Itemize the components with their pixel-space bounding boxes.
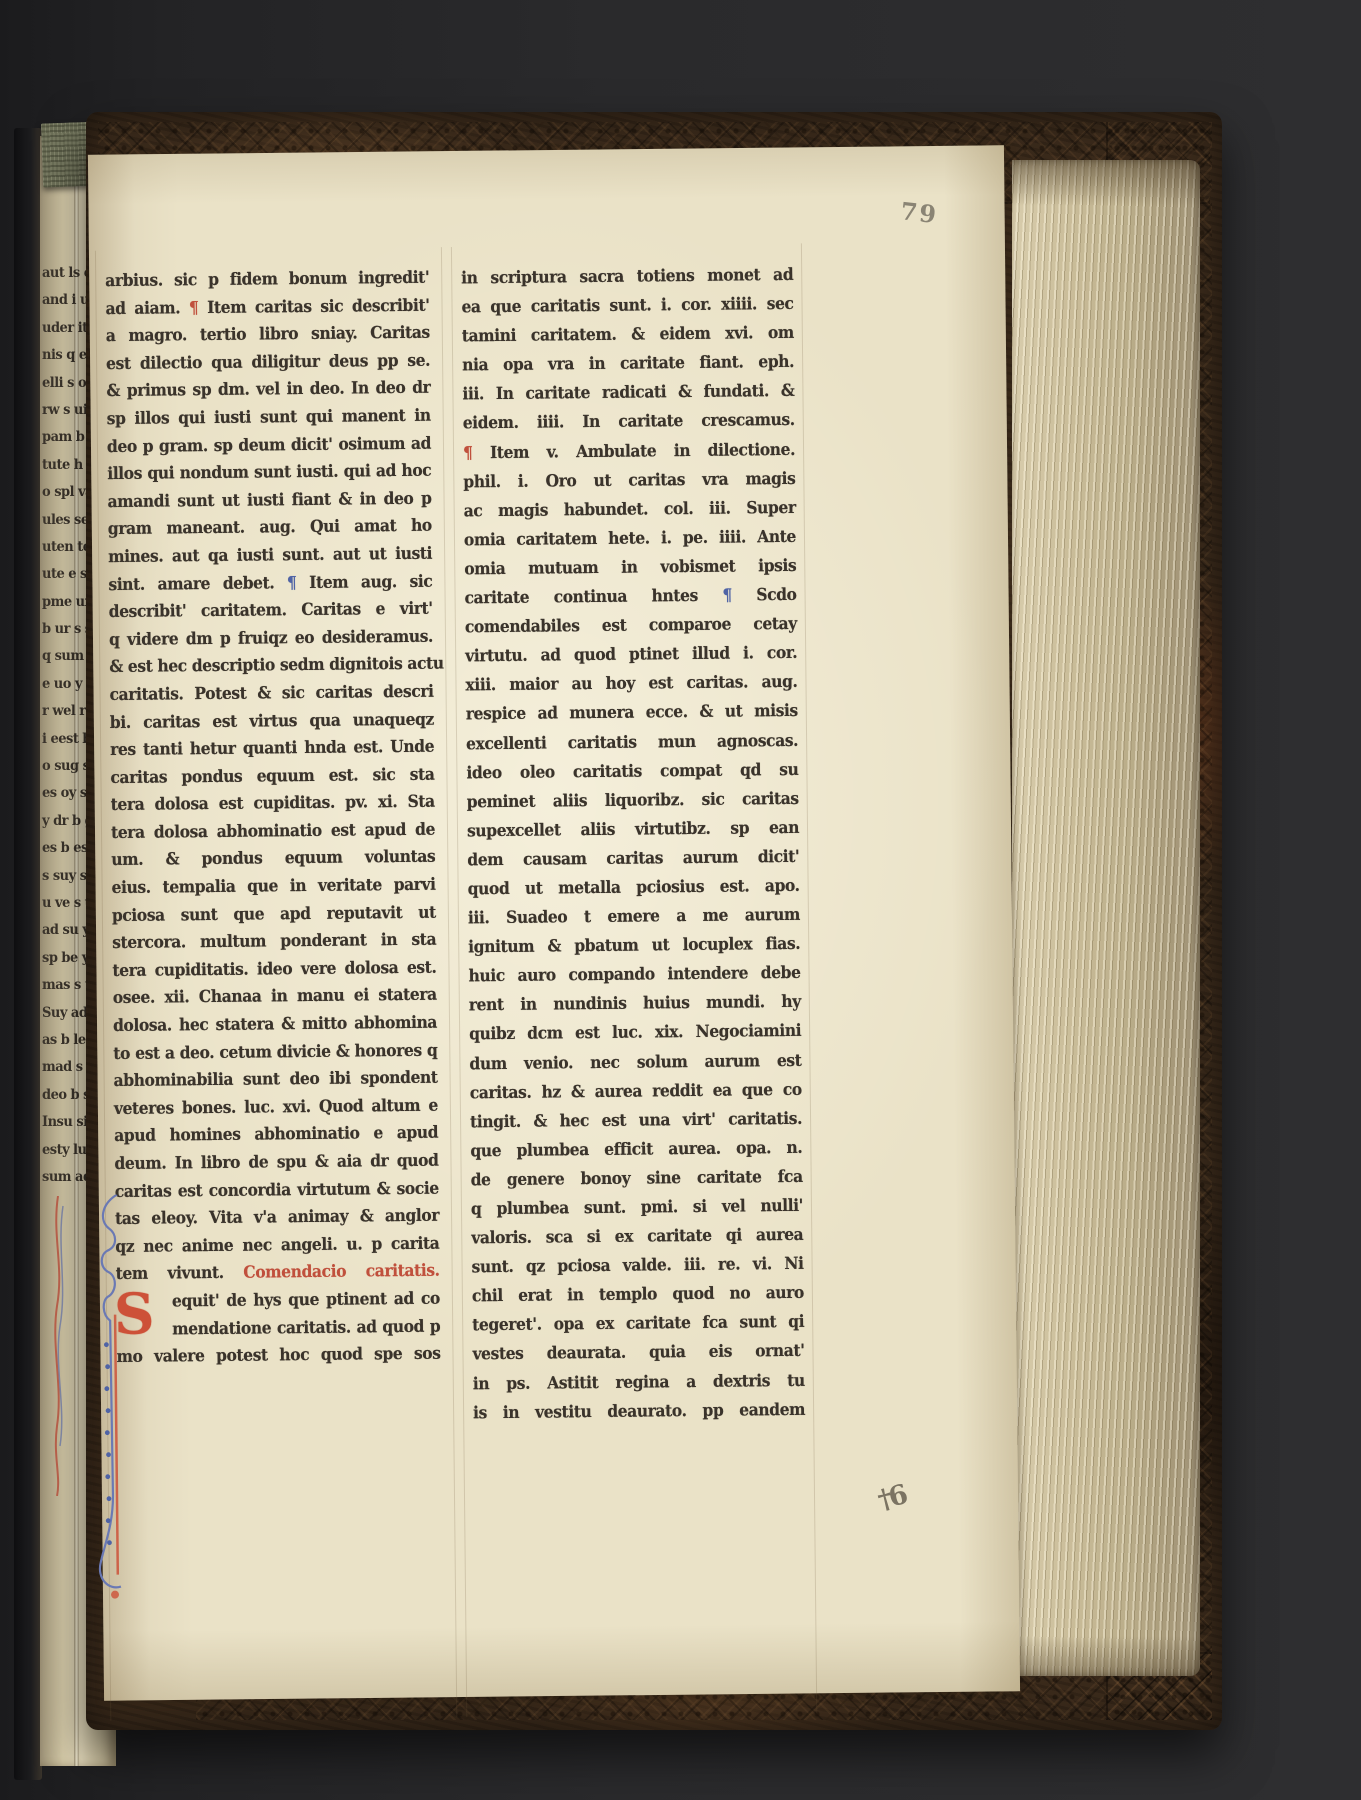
body-text: phil. i. Oro ut caritas vra magis bbox=[463, 467, 795, 491]
body-text: abhominabilia sunt deo ibi spondent bbox=[114, 1067, 438, 1091]
text-column-left: arbius. sic p fidem bonum ingredit'ad ai… bbox=[105, 263, 441, 1370]
body-text: mendatione caritatis. ad quod p bbox=[172, 1315, 440, 1338]
body-text: chil erat in templo quod no auro bbox=[472, 1282, 804, 1306]
body-text: ad aiam. bbox=[105, 297, 189, 318]
body-text: que plumbea efficit aurea. opa. n. bbox=[470, 1136, 802, 1160]
ruling-line bbox=[441, 247, 457, 1717]
body-text: tera cupiditatis. ideo vere dolosa est. bbox=[112, 956, 436, 980]
body-text: iii. In caritate radicati & fundati. & bbox=[462, 380, 794, 404]
body-text: deo p gram. sp deum dicit' osimum ad bbox=[107, 432, 431, 456]
body-text: caritas est concordia virtutum & socie bbox=[115, 1177, 439, 1201]
body-text: tamini caritatem. & eidem xvi. om bbox=[462, 322, 794, 346]
shelfmark-inscription: †6 bbox=[875, 1480, 909, 1517]
body-text: iii. Suadeo t emere a me aurum bbox=[468, 904, 800, 928]
body-text: supexcellet aliis virtutibz. sp ean bbox=[467, 816, 799, 840]
body-text: deum. In libro de spu & aia dr quod bbox=[114, 1149, 438, 1173]
body-text: rent in nundinis huius mundi. hy bbox=[469, 991, 801, 1015]
body-text: res tanti hetur quanti hnda est. Unde bbox=[110, 736, 434, 760]
penwork-flourish-fragment bbox=[48, 1196, 70, 1496]
body-text: illos qui nondum sunt iusti. qui ad hoc bbox=[107, 460, 431, 484]
body-text: est dilectio qua diligitur deus pp se. bbox=[106, 349, 430, 373]
body-text: tas eleoy. Vita v'a animay & anglor bbox=[115, 1205, 439, 1229]
body-text: tera dolosa est cupiditas. pv. xi. Sta bbox=[111, 791, 435, 815]
body-text: qz nec anime nec angeli. u. p carita bbox=[115, 1232, 439, 1256]
body-text: ignitum & pbatum ut locuplex fias. bbox=[468, 933, 800, 957]
body-text: valoris. sca si ex caritate qi aurea bbox=[471, 1224, 803, 1248]
body-text: caritas. hz & aurea reddit ea que co bbox=[470, 1078, 802, 1102]
body-text: dum venio. nec solum aurum est bbox=[469, 1049, 801, 1073]
body-text: dem causam caritas aurum dicit' bbox=[467, 846, 799, 870]
body-text: eidem. iiii. In caritate crescamus. bbox=[463, 409, 795, 433]
body-text: in ps. Astitit regina a dextris tu bbox=[473, 1369, 805, 1393]
body-text: virtutu. ad quod ptinet illud i. cor. bbox=[465, 642, 797, 666]
photo-spine-shadow bbox=[14, 128, 42, 1780]
body-text: huic auro compando intendere debe bbox=[468, 962, 800, 986]
body-text: tera dolosa abhominatio est apud de bbox=[111, 818, 435, 842]
body-text: arbius. sic p fidem bonum ingredit' bbox=[105, 266, 429, 290]
text-column-right: in scriptura sacra totiens monet adea qu… bbox=[461, 259, 805, 1426]
body-text: sunt. qz pciosa valde. iii. re. vi. Ni bbox=[471, 1253, 803, 1277]
pilcrow-mark: ¶ bbox=[287, 571, 297, 592]
body-text: peminet aliis liquoribz. sic caritas bbox=[467, 787, 799, 811]
body-text: equit' de hys que ptinent ad co bbox=[172, 1287, 440, 1310]
manuscript-photo: aut ls oand i uvuder it ellenis q estell… bbox=[0, 0, 1361, 1800]
rubric-text: Comendacio caritatis. bbox=[243, 1260, 440, 1283]
body-text: dolosa. hec statera & mitto abhomina bbox=[113, 1011, 437, 1035]
body-text: omia caritatem hete. i. pe. iiii. Ante bbox=[464, 526, 796, 550]
body-text: ea que caritatis sunt. i. cor. xiiii. se… bbox=[461, 293, 793, 317]
body-text: Scdo bbox=[732, 584, 797, 605]
body-text: in scriptura sacra totiens monet ad bbox=[461, 264, 793, 288]
ruling-line bbox=[801, 243, 817, 1713]
body-text: Item aug. sic bbox=[296, 570, 432, 592]
body-text: mines. aut qa iusti sunt. aut ut iusti bbox=[108, 542, 432, 566]
body-text: excellenti caritatis mun agnoscas. bbox=[466, 729, 798, 753]
body-text: xiii. maior au hoy est caritas. aug. bbox=[465, 671, 797, 695]
body-text: ac magis habundet. col. iii. Super bbox=[464, 496, 796, 520]
body-text: tingit. & hec est una virt' caritatis. bbox=[470, 1107, 802, 1131]
body-text: sp illos qui iusti sunt qui manent in bbox=[107, 404, 431, 428]
body-text: ideo oleo caritatis compat qd su bbox=[466, 758, 798, 782]
body-text: respice ad munera ecce. & ut misis bbox=[466, 700, 798, 724]
body-text: to est a deo. cetum divicie & honores q bbox=[113, 1039, 437, 1063]
body-text: Item caritas sic describit' bbox=[198, 294, 429, 317]
body-text: um. & pondus equum voluntas bbox=[111, 846, 435, 870]
body-text: sint. amare debet. bbox=[108, 572, 287, 594]
manuscript-line: is in vestitu deaurato. pp eandem bbox=[473, 1393, 805, 1428]
body-text: apud homines abhominatio e apud bbox=[114, 1122, 438, 1146]
body-text: veteres bones. luc. xvi. Quod altum e bbox=[114, 1094, 438, 1118]
body-text: stercora. multum ponderant in sta bbox=[112, 929, 436, 953]
rubric-text: ¶ bbox=[189, 297, 199, 318]
body-text: Item v. Ambulate in dilectione. bbox=[472, 438, 795, 462]
body-text: amandi sunt ut iusti fiant & in deo p bbox=[107, 487, 431, 511]
body-text: omia mutuam in vobismet ipsis bbox=[464, 555, 796, 579]
body-text: & est hec descriptio sedm dignitois actu bbox=[109, 653, 444, 677]
body-text: quibz dcm est luc. xix. Negociamini bbox=[469, 1020, 801, 1044]
penwork-flourish bbox=[91, 1194, 135, 1614]
body-text: q plumbea sunt. pmi. si vel nulli' bbox=[471, 1195, 803, 1219]
body-text: vestes deaurata. quia eis ornat' bbox=[472, 1340, 804, 1364]
body-text: caritas pondus equum est. sic sta bbox=[110, 763, 434, 787]
body-text: comendabiles est comparoe cetay bbox=[465, 613, 797, 637]
body-text: tegeret'. opa ex caritate fca sunt qi bbox=[472, 1311, 804, 1335]
body-text: a magro. tertio libro sniay. Caritas bbox=[106, 322, 430, 346]
body-text: caritatis. Potest & sic caritas descri bbox=[109, 680, 433, 704]
body-text: q videre dm p fruiqz eo desideramus. bbox=[109, 625, 433, 649]
body-text: describit' caritatem. Caritas e virt' bbox=[109, 598, 433, 622]
page-edges-stack bbox=[1012, 160, 1200, 1676]
body-text: caritate continua hntes bbox=[464, 584, 722, 607]
body-text: bi. caritas est virtus qua unaqueqz bbox=[110, 708, 434, 732]
folio-number: 79 bbox=[899, 196, 939, 229]
body-text: nia opa vra in caritate fiant. eph. bbox=[462, 351, 794, 375]
body-text: mo valere potest hoc quod spe sos bbox=[116, 1343, 440, 1367]
manuscript-line: mo valere potest hoc quod spe sos bbox=[116, 1338, 440, 1371]
body-text: de genere bonoy sine caritate fca bbox=[471, 1166, 803, 1190]
body-text: is in vestitu deaurato. pp eandem bbox=[473, 1398, 805, 1422]
body-text: & primus sp dm. vel in deo. In deo dr bbox=[106, 377, 430, 401]
body-text: quod ut metalla pciosius est. apo. bbox=[468, 875, 800, 899]
body-text: eius. tempalia que in veritate parvi bbox=[111, 874, 435, 898]
body-text: pciosa sunt que apd reputavit ut bbox=[112, 901, 436, 925]
body-text: gram maneant. aug. Qui amat ho bbox=[108, 515, 432, 539]
body-text: osee. xii. Chanaa in manu ei statera bbox=[113, 984, 437, 1008]
manuscript-page: 79 arbius. sic p fidem bonum ingredit'ad… bbox=[88, 145, 1020, 1701]
